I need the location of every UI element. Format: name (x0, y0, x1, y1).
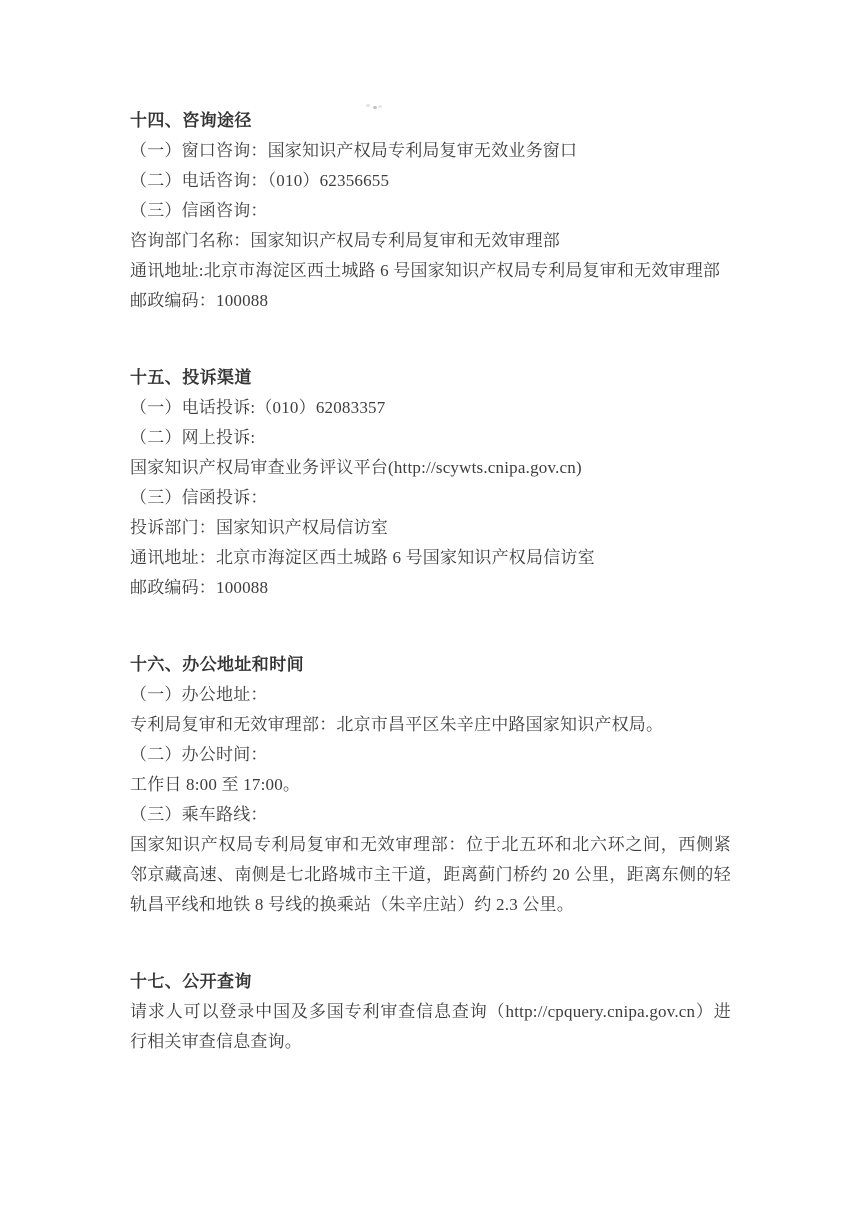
office-address-label-line: （一）办公地址： (130, 680, 731, 710)
complaint-department-line: 投诉部门：国家知识产权局信访室 (130, 513, 731, 543)
section-office-address-time: 十六、办公地址和时间 （一）办公地址： 专利局复审和无效审理部：北京市昌平区朱辛… (130, 650, 731, 920)
office-hours-label-line: （二）办公时间： (130, 740, 731, 770)
document-content: 十四、咨询途径 （一）窗口咨询：国家知识产权局专利局复审无效业务窗口 （二）电话… (130, 106, 731, 1057)
complaint-postcode-line: 邮政编码：100088 (130, 573, 731, 603)
section-heading-complaint: 十五、投诉渠道 (130, 363, 731, 393)
complaint-address-line: 通讯地址：北京市海淀区西土城路 6 号国家知识产权局信访室 (130, 543, 731, 573)
section-consultation-channels: 十四、咨询途径 （一）窗口咨询：国家知识产权局专利局复审无效业务窗口 （二）电话… (130, 106, 731, 316)
consultation-department-line: 咨询部门名称：国家知识产权局专利局复审和无效审理部 (130, 226, 731, 256)
consultation-window-line: （一）窗口咨询：国家知识产权局专利局复审无效业务窗口 (130, 136, 731, 166)
office-hours-line: 工作日 8:00 至 17:00。 (130, 770, 731, 800)
complaint-platform-url-line: 国家知识产权局审查业务评议平台(http://scywts.cnipa.gov.… (130, 453, 731, 483)
complaint-online-line: （二）网上投诉: (130, 423, 731, 453)
section-heading-consultation: 十四、咨询途径 (130, 106, 731, 136)
office-route-label-line: （三）乘车路线： (130, 800, 731, 830)
document-page: 十四、咨询途径 （一）窗口咨询：国家知识产权局专利局复审无效业务窗口 （二）电话… (0, 0, 860, 1216)
office-route-paragraph: 国家知识产权局专利局复审和无效审理部：位于北五环和北六环之间，西侧紧邻京藏高速、… (130, 830, 731, 920)
consultation-address-line: 通讯地址:北京市海淀区西土城路 6 号国家知识产权局专利局复审和无效审理部 (130, 256, 731, 286)
section-complaint-channels: 十五、投诉渠道 （一）电话投诉:（010）62083357 （二）网上投诉: 国… (130, 363, 731, 603)
section-heading-office: 十六、办公地址和时间 (130, 650, 731, 680)
section-heading-public-query: 十七、公开查询 (130, 967, 731, 997)
section-public-query: 十七、公开查询 请求人可以登录中国及多国专利审查信息查询（http://cpqu… (130, 967, 731, 1057)
office-address-line: 专利局复审和无效审理部：北京市昌平区朱辛庄中路国家知识产权局。 (130, 710, 731, 740)
complaint-phone-line: （一）电话投诉:（010）62083357 (130, 393, 731, 423)
consultation-mail-line: （三）信函咨询： (130, 196, 731, 226)
consultation-phone-line: （二）电话咨询：（010）62356655 (130, 166, 731, 196)
public-query-paragraph: 请求人可以登录中国及多国专利审查信息查询（http://cpquery.cnip… (130, 997, 731, 1057)
consultation-postcode-line: 邮政编码：100088 (130, 286, 731, 316)
complaint-mail-line: （三）信函投诉： (130, 483, 731, 513)
